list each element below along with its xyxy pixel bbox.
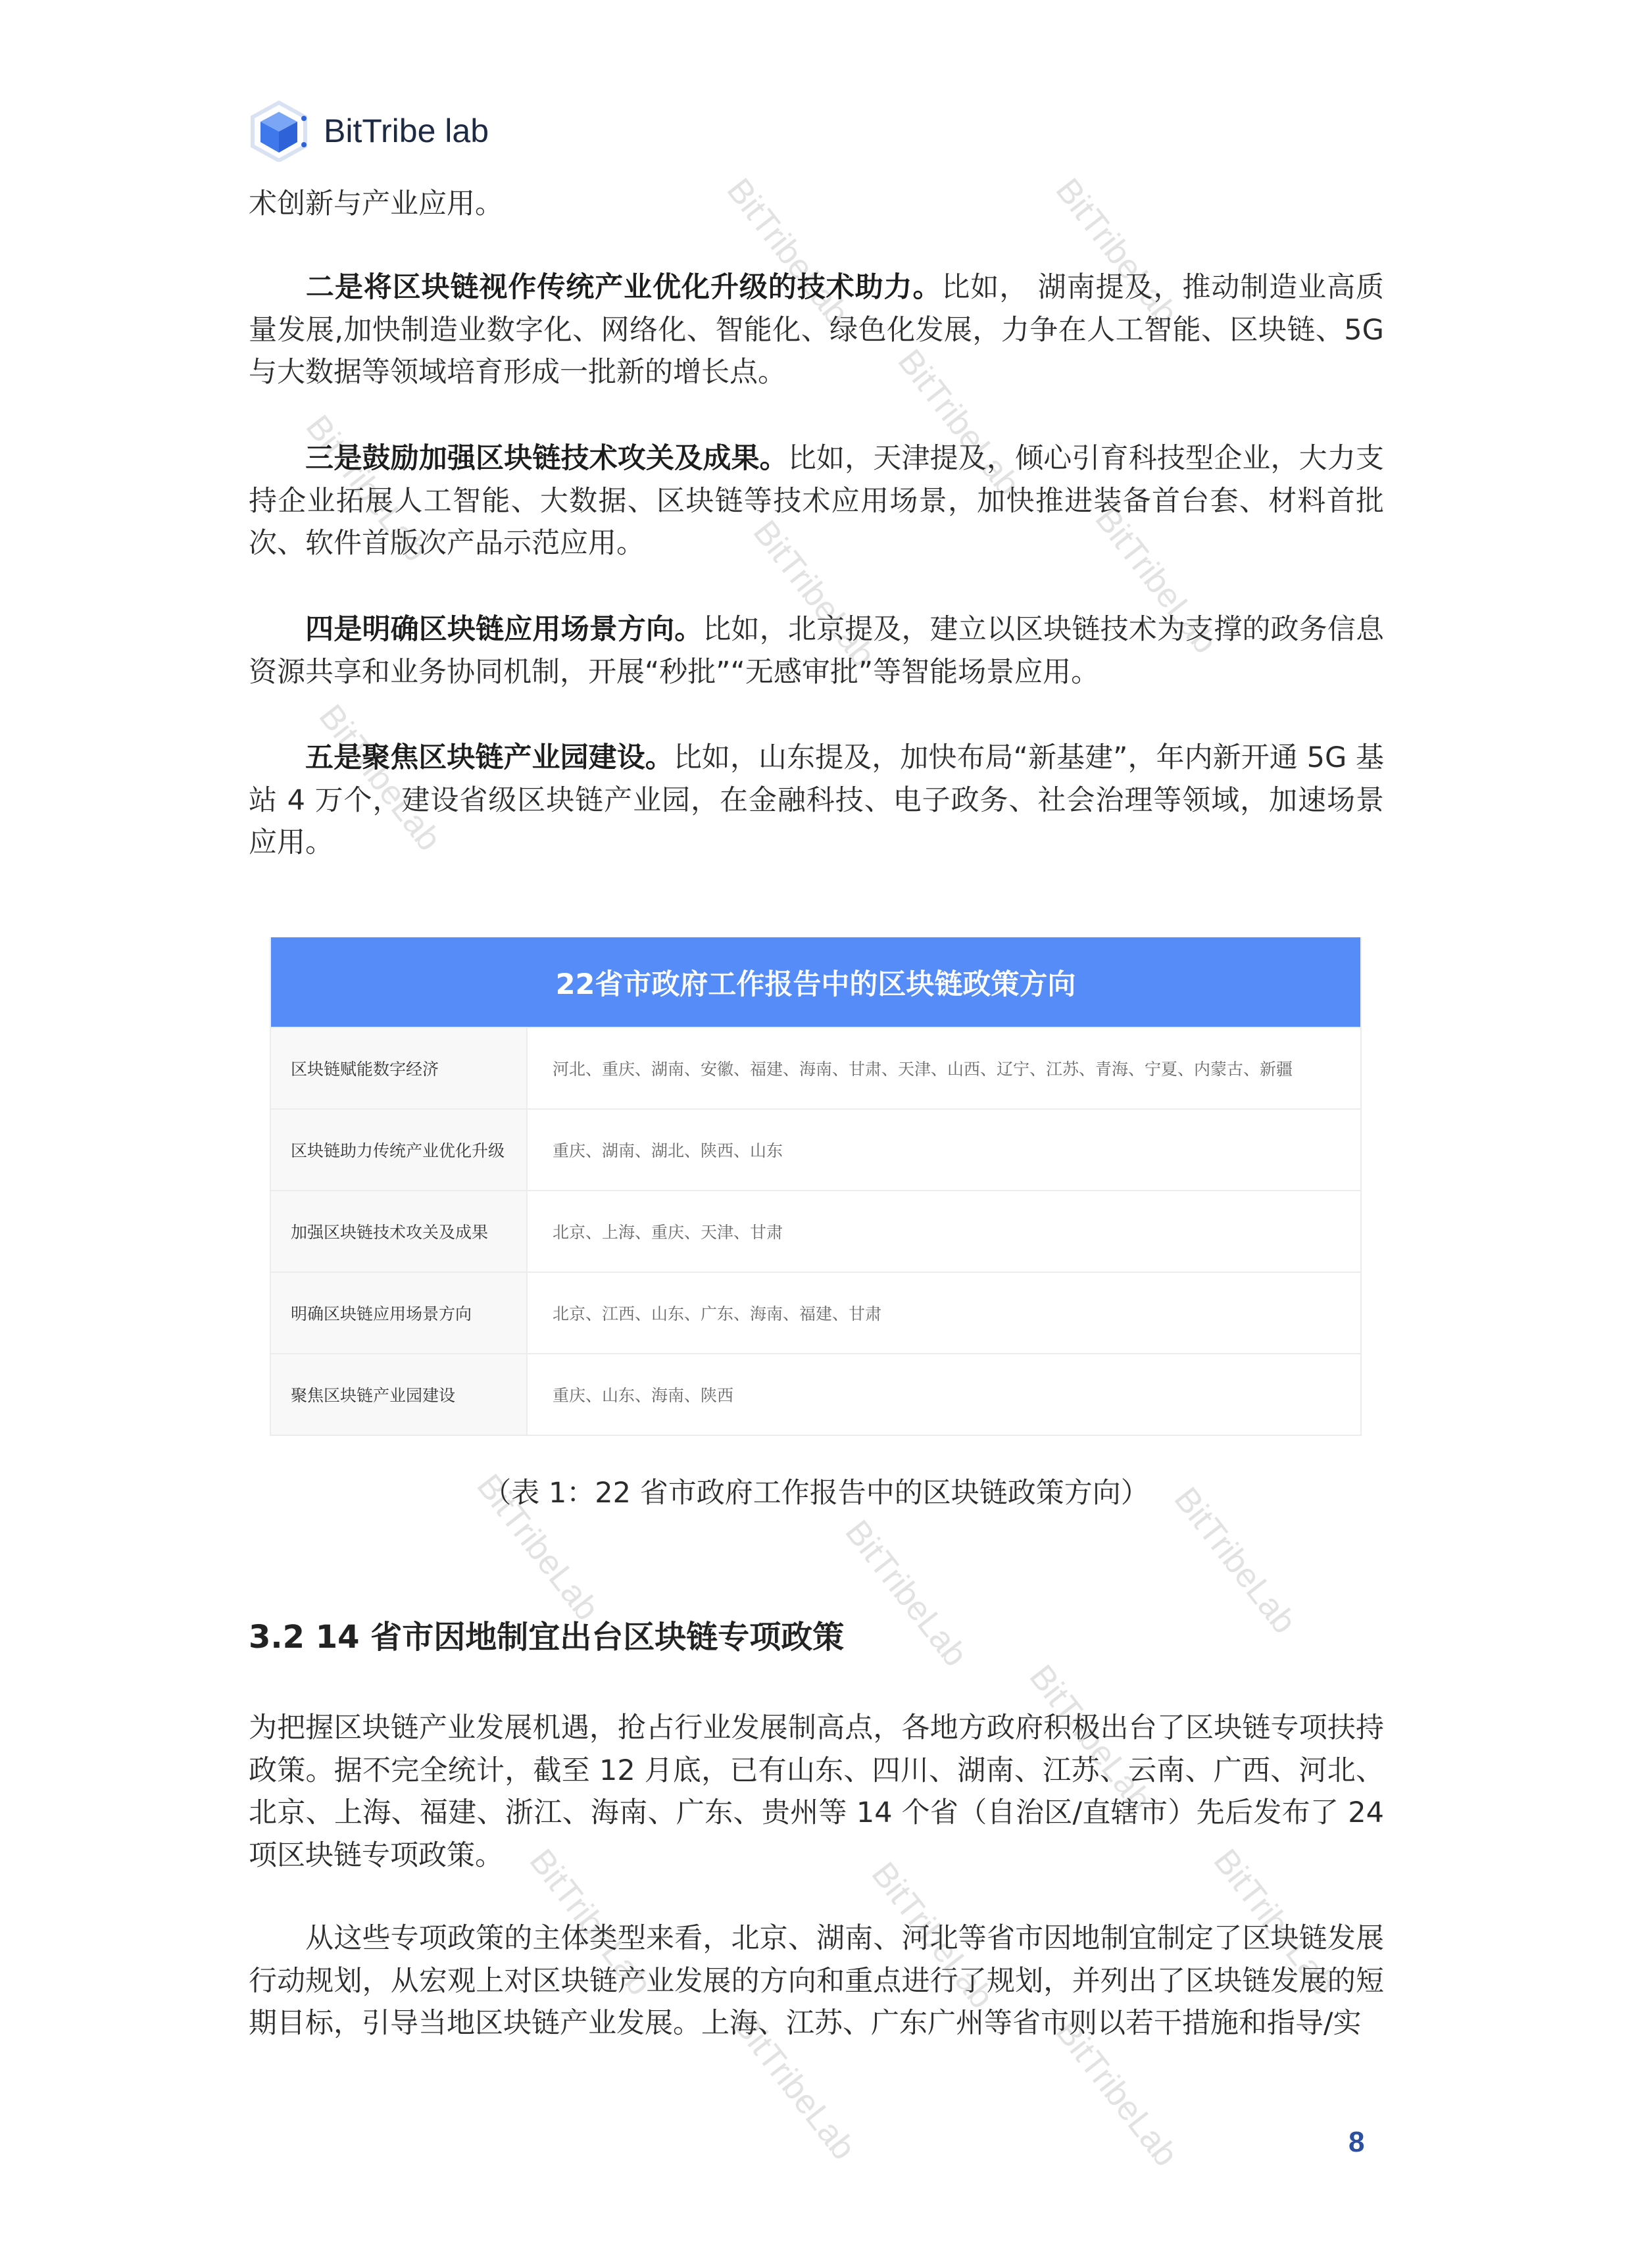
watermark: BitTribeLab bbox=[837, 1513, 976, 1674]
table-row: 区块链赋能数字经济 河北、重庆、湖南、安徽、福建、海南、甘肃、天津、山西、辽宁、… bbox=[271, 1027, 1360, 1108]
paragraph-point-3: 三是鼓励加强区块链技术攻关及成果。比如，天津提及，倾心引育科技型企业，大力支持企… bbox=[249, 437, 1384, 565]
direction-cell: 加强区块链技术攻关及成果 bbox=[271, 1191, 528, 1271]
section-heading: 3.2 14 省市因地制宜出台区块链专项政策 bbox=[249, 1612, 844, 1657]
table-row: 区块链助力传统产业优化升级 重庆、湖南、湖北、陕西、山东 bbox=[271, 1108, 1360, 1190]
provinces-cell: 重庆、山东、海南、陕西 bbox=[528, 1354, 1360, 1435]
paragraph-point-4: 四是明确区块链应用场景方向。比如，北京提及，建立以区块链技术为支撑的政务信息资源… bbox=[249, 608, 1384, 693]
paragraph-text: 从这些专项政策的主体类型来看，北京、湖南、河北等省市因地制宜制定了区块链发展行动… bbox=[249, 1922, 1384, 2040]
table-row: 加强区块链技术攻关及成果 北京、上海、重庆、天津、甘肃 bbox=[271, 1190, 1360, 1271]
policy-direction-table: 22省市政府工作报告中的区块链政策方向 区块链赋能数字经济 河北、重庆、湖南、安… bbox=[270, 937, 1362, 1436]
table-caption: （表 1：22 省市政府工作报告中的区块链政策方向） bbox=[0, 1471, 1632, 1511]
paragraph-continuation: 术创新与产业应用。 bbox=[249, 183, 1384, 226]
table-title: 22省市政府工作报告中的区块链政策方向 bbox=[271, 937, 1360, 1027]
brand-name: BitTribe lab bbox=[324, 112, 489, 150]
point-heading: 五是聚焦区块链产业园建设。 bbox=[305, 741, 674, 774]
page-number: 8 bbox=[1348, 2126, 1364, 2159]
provinces-cell: 北京、江西、山东、广东、海南、福建、甘肃 bbox=[528, 1273, 1360, 1353]
direction-cell: 明确区块链应用场景方向 bbox=[271, 1273, 528, 1353]
paragraph-text: 为把握区块链产业发展机遇，抢占行业发展制高点，各地方政府积极出台了区块链专项扶持… bbox=[249, 1712, 1384, 1872]
table-row: 明确区块链应用场景方向 北京、江西、山东、广东、海南、福建、甘肃 bbox=[271, 1271, 1360, 1353]
point-heading: 四是明确区块链应用场景方向。 bbox=[305, 613, 703, 646]
provinces-cell: 北京、上海、重庆、天津、甘肃 bbox=[528, 1191, 1360, 1271]
direction-cell: 区块链助力传统产业优化升级 bbox=[271, 1110, 528, 1190]
provinces-cell: 重庆、湖南、湖北、陕西、山东 bbox=[528, 1110, 1360, 1190]
paragraph-point-2: 二是将区块链视作传统产业优化升级的技术助力。比如， 湖南提及，推动制造业高质量发… bbox=[249, 266, 1384, 394]
paragraph-point-5: 五是聚焦区块链产业园建设。比如，山东提及，加快布局“新基建”，年内新开通 5G … bbox=[249, 737, 1384, 864]
cube-logo-icon bbox=[249, 100, 309, 162]
point-heading: 二是将区块链视作传统产业优化升级的技术助力。 bbox=[305, 271, 941, 304]
table-row: 聚焦区块链产业园建设 重庆、山东、海南、陕西 bbox=[271, 1353, 1360, 1435]
paragraph-text: 术创新与产业应用。 bbox=[249, 187, 503, 220]
provinces-cell: 河北、重庆、湖南、安徽、福建、海南、甘肃、天津、山西、辽宁、江苏、青海、宁夏、内… bbox=[528, 1028, 1360, 1108]
point-heading: 三是鼓励加强区块链技术攻关及成果。 bbox=[305, 442, 788, 475]
paragraph-section-intro: 为把握区块链产业发展机遇，抢占行业发展制高点，各地方政府积极出台了区块链专项扶持… bbox=[249, 1707, 1384, 1877]
direction-cell: 聚焦区块链产业园建设 bbox=[271, 1354, 528, 1435]
paragraph-section-body: 从这些专项政策的主体类型来看，北京、湖南、河北等省市因地制宜制定了区块链发展行动… bbox=[249, 1917, 1384, 2045]
brand-logo: BitTribe lab bbox=[249, 100, 489, 162]
direction-cell: 区块链赋能数字经济 bbox=[271, 1028, 528, 1108]
